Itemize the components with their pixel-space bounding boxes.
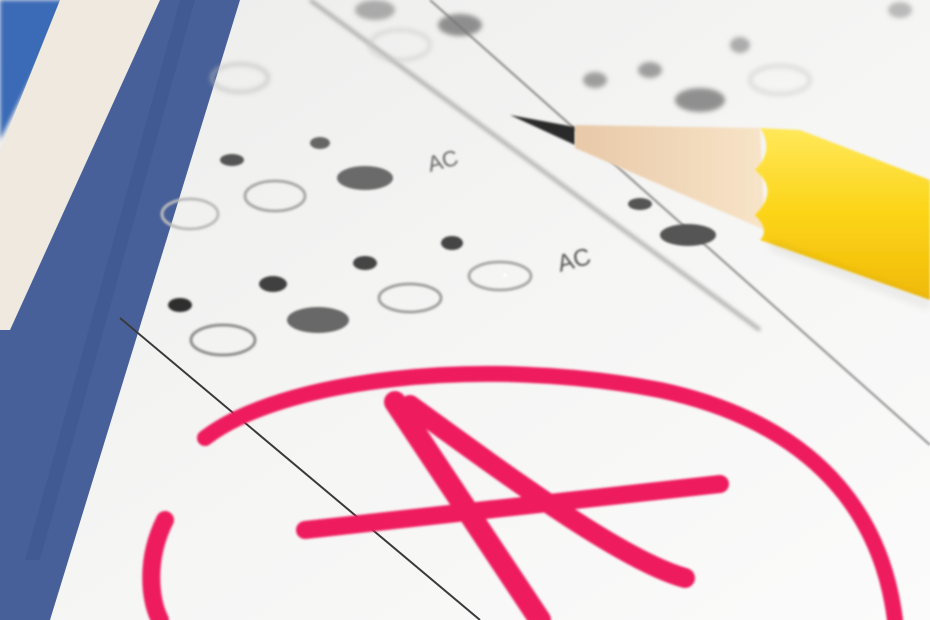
answer-sheet-photo: AC AC A — [0, 0, 930, 620]
photo-canvas: AC AC A — [0, 0, 930, 620]
